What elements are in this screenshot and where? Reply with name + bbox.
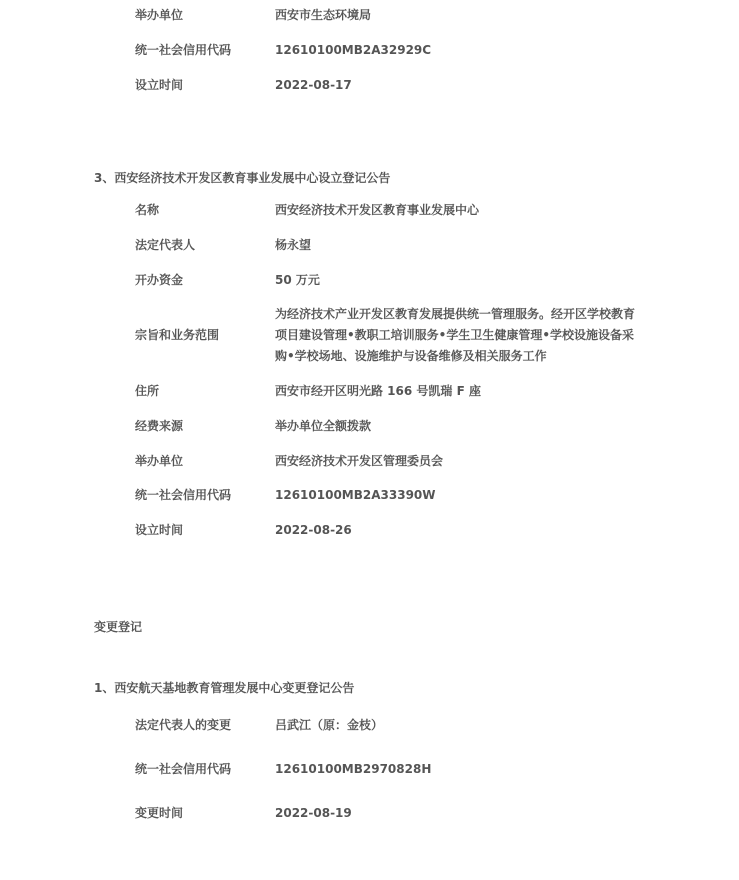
field-value: 西安经济技术开发区管理委员会 [275,451,443,471]
change-registration-title: 变更登记 [94,617,142,637]
field-value: 2022-08-19 [275,803,352,823]
field-value: 杨永望 [275,235,311,255]
section3-heading: 3、西安经济技术开发区教育事业发展中心设立登记公告 [94,168,390,188]
field-label: 宗旨和业务范围 [135,325,219,345]
field-value: 2022-08-26 [275,520,352,540]
field-label: 统一社会信用代码 [135,485,231,505]
field-label: 经费来源 [135,416,183,436]
field-label: 统一社会信用代码 [135,759,231,779]
field-value: 50 万元 [275,270,320,290]
field-value: 西安经济技术开发区教育事业发展中心 [275,200,479,220]
field-label: 变更时间 [135,803,183,823]
field-value: 西安市生态环境局 [275,5,371,25]
field-value: 12610100MB2A32929C [275,40,431,60]
field-label: 设立时间 [135,520,183,540]
field-value: 2022-08-17 [275,75,352,95]
field-label: 举办单位 [135,451,183,471]
field-label: 名称 [135,200,159,220]
field-value: 吕武江（原：金枝） [275,715,383,735]
field-label: 设立时间 [135,75,183,95]
field-label: 法定代表人 [135,235,195,255]
field-label: 住所 [135,381,159,401]
field-value-multiline: 为经济技术产业开发区教育发展提供统一管理服务。经开区学校教育项目建设管理•教职工… [275,304,645,367]
field-value: 12610100MB2970828H [275,759,431,779]
field-value: 西安市经开区明光路 166 号凯瑞 F 座 [275,381,481,401]
field-value: 12610100MB2A33390W [275,485,436,505]
field-label: 法定代表人的变更 [135,715,231,735]
field-value: 举办单位全额拨款 [275,416,371,436]
field-label: 举办单位 [135,5,183,25]
field-label: 统一社会信用代码 [135,40,231,60]
change-item1-heading: 1、西安航天基地教育管理发展中心变更登记公告 [94,678,354,698]
field-label: 开办资金 [135,270,183,290]
